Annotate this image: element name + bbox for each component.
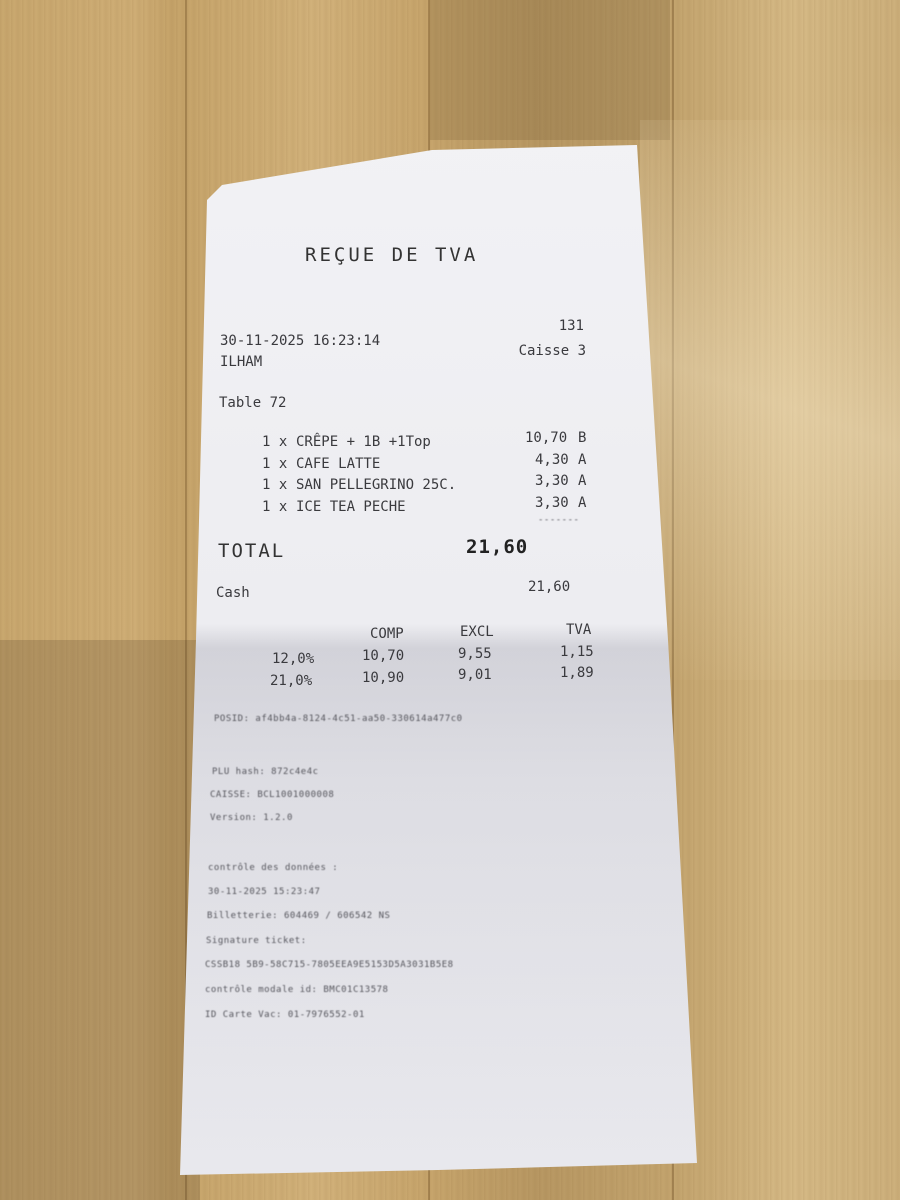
vat-amount: 1,89 xyxy=(560,665,594,681)
vat-excl: 9,55 xyxy=(458,646,492,662)
vat-amount: 1,15 xyxy=(560,644,594,660)
item-price: 10,70 xyxy=(525,430,567,446)
table-number: Table 72 xyxy=(219,395,286,411)
card-id-line: ID Carte Vac: 01-7976552-01 xyxy=(205,1010,365,1020)
ticketing-line: Billetterie: 604469 / 606542 NS xyxy=(207,911,390,921)
vat-excl: 9,01 xyxy=(458,667,492,683)
caisse-id-line: CAISSE: BCL1001000008 xyxy=(210,790,334,800)
module-id-line: contrôle modale id: BMC01C13578 xyxy=(205,985,388,995)
payment-method: Cash xyxy=(216,585,250,601)
ticket-number: 131 xyxy=(520,318,584,334)
vat-rate: 21,0% xyxy=(270,673,312,689)
register-id: Caisse 3 xyxy=(500,343,586,359)
separator-line: ------- xyxy=(538,515,579,525)
item-vat-code: A xyxy=(578,495,586,511)
plu-hash-line: PLU hash: 872c4e4c xyxy=(212,767,319,777)
vat-header-excl: EXCL xyxy=(460,624,494,640)
item-price: 3,30 xyxy=(535,473,569,489)
pos-id-line: POSID: af4bb4a-8124-4c51-aa50-330614a477… xyxy=(214,714,463,724)
vat-header-tva: TVA xyxy=(566,622,591,638)
signature-value: CSSB18 5B9-58C715-7805EEA9E5153D5A3031B5… xyxy=(205,960,454,970)
receipt-fold-shadow xyxy=(0,0,900,1200)
total-label: TOTAL xyxy=(218,540,285,562)
vat-comp: 10,90 xyxy=(362,670,404,686)
item-price: 4,30 xyxy=(535,452,569,468)
item-qty: 1 x xyxy=(262,477,287,493)
receipt-title: REÇUE DE TVA xyxy=(305,244,478,266)
item-price: 3,30 xyxy=(535,495,569,511)
vat-rate: 12,0% xyxy=(272,651,314,667)
item-vat-code: B xyxy=(578,430,586,446)
vat-header-comp: COMP xyxy=(370,626,404,642)
item-qty: 1 x xyxy=(262,434,287,450)
version-line: Version: 1.2.0 xyxy=(210,813,293,823)
item-qty: 1 x xyxy=(262,499,287,515)
item-vat-code: A xyxy=(578,452,586,468)
payment-amount: 21,60 xyxy=(528,579,570,595)
item-name: ICE TEA PECHE xyxy=(296,499,406,515)
receipt: REÇUE DE TVA 30-11-2025 16:23:14 131 Cai… xyxy=(0,0,900,1200)
data-control-datetime: 30-11-2025 15:23:47 xyxy=(208,887,320,897)
item-name: CAFE LATTE xyxy=(296,456,380,472)
item-qty: 1 x xyxy=(262,456,287,472)
item-name: CRÊPE + 1B +1Top xyxy=(296,434,431,450)
item-vat-code: A xyxy=(578,473,586,489)
signature-label: Signature ticket: xyxy=(206,936,307,946)
receipt-datetime: 30-11-2025 16:23:14 xyxy=(220,333,380,349)
vat-comp: 10,70 xyxy=(362,648,404,664)
server-name: ILHAM xyxy=(220,354,262,370)
item-name: SAN PELLEGRINO 25C. xyxy=(296,477,456,493)
data-control-label: contrôle des données : xyxy=(208,863,338,873)
total-value: 21,60 xyxy=(466,536,528,558)
